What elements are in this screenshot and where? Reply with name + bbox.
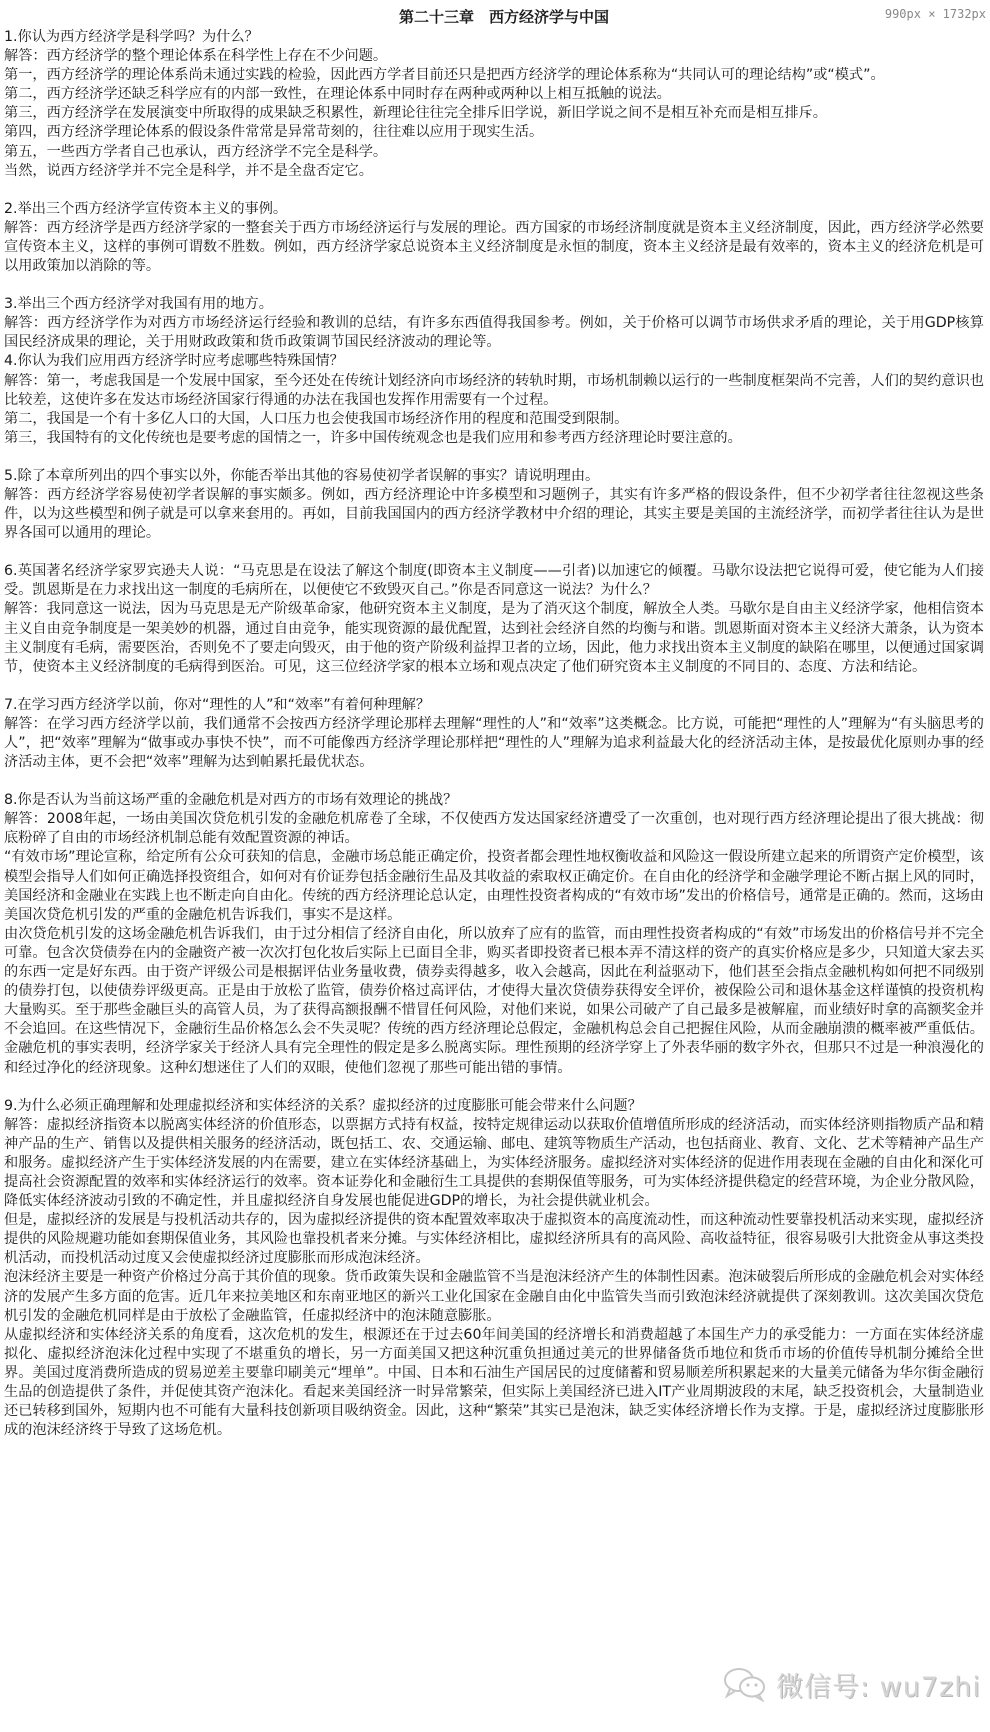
chapter-title: 第二十三章 西方经济学与中国	[4, 6, 984, 28]
answer-7: 解答：在学习西方经济学以前，我们通常不会按西方经济学理论那样去理解“理性的人”和…	[4, 715, 984, 772]
section-spacer	[4, 772, 984, 791]
section-spacer	[4, 181, 984, 200]
answer-8-paragraph-3: 由次贷危机引发的这场金融危机告诉我们，由于过分相信了经济自由化，所以放弃了应有的…	[4, 925, 984, 1078]
answer-8: 解答：2008年起，一场由美国次贷危机引发的金融危机席卷了全球，不仅使西方发达国…	[4, 810, 984, 848]
wechat-icon	[722, 1666, 768, 1702]
wechat-watermark: 微信号: wu7zhi	[722, 1664, 981, 1704]
watermark-text: 微信号: wu7zhi	[776, 1665, 981, 1704]
question-9: 9.为什么必须正确理解和处理虚拟经济和实体经济的关系？虚拟经济的过度膨胀可能会带…	[4, 1097, 984, 1116]
section-spacer	[4, 1078, 984, 1097]
answer-1-paragraph-3: 第二，西方经济学还缺乏科学应有的内部一致性，在理论体系中同时存在两种或两种以上相…	[4, 85, 984, 104]
answer-1: 解答：西方经济学的整个理论体系在科学性上存在不少问题。	[4, 47, 984, 66]
question-4: 4.你认为我们应用西方经济学时应考虑哪些特殊国情？	[4, 352, 984, 371]
qa-sections: 1.你认为西方经济学是科学吗？为什么？解答：西方经济学的整个理论体系在科学性上存…	[4, 28, 984, 1440]
answer-1-paragraph-7: 当然，说西方经济学并不完全是科学，并不是全盘否定它。	[4, 162, 984, 181]
section-spacer	[4, 276, 984, 295]
question-2: 2.举出三个西方经济学宣传资本主义的事例。	[4, 200, 984, 219]
answer-1-paragraph-6: 第五，一些西方学者自己也承认，西方经济学不完全是科学。	[4, 143, 984, 162]
answer-8-paragraph-2: “有效市场”理论宣称，给定所有公众可获知的信息，金融市场总能正确定价，投资者都会…	[4, 848, 984, 924]
section-spacer	[4, 543, 984, 562]
answer-9: 解答：虚拟经济指资本以脱离实体经济的价值形态，以票据方式持有权益，按特定规律运动…	[4, 1116, 984, 1211]
section-spacer	[4, 677, 984, 696]
answer-4: 解答：第一，考虑我国是一个发展中国家，至今还处在传统计划经济向市场经济的转轨时期…	[4, 372, 984, 410]
answer-5: 解答：西方经济学容易使初学者误解的事实颇多。例如，西方经济理论中许多模型和习题例…	[4, 486, 984, 543]
question-7: 7.在学习西方经济学以前，你对“理性的人”和“效率”有着何种理解？	[4, 696, 984, 715]
question-6: 6.英国著名经济学家罗宾逊夫人说：“马克思是在设法了解这个制度(即资本主义制度—…	[4, 562, 984, 600]
question-5: 5.除了本章所列出的四个事实以外，你能否举出其他的容易使初学者误解的事实？请说明…	[4, 467, 984, 486]
answer-2: 解答：西方经济学是西方经济学家的一整套关于西方市场经济运行与发展的理论。西方国家…	[4, 219, 984, 276]
answer-4-paragraph-3: 第三，我国特有的文化传统也是要考虑的国情之一，许多中国传统观念也是我们应用和参考…	[4, 429, 984, 448]
answer-3: 解答：西方经济学作为对西方市场经济运行经验和教训的总结，有许多东西值得我国参考。…	[4, 314, 984, 352]
question-8: 8.你是否认为当前这场严重的金融危机是对西方的市场有效理论的挑战？	[4, 791, 984, 810]
answer-4-paragraph-2: 第二，我国是一个有十多亿人口的大国，人口压力也会使我国市场经济作用的程度和范围受…	[4, 410, 984, 429]
answer-9-paragraph-3: 泡沫经济主要是一种资产价格过分高于其价值的现象。货币政策失误和金融监管不当是泡沫…	[4, 1268, 984, 1325]
answer-1-paragraph-2: 第一，西方经济学的理论体系尚未通过实践的检验，因此西方学者目前还只是把西方经济学…	[4, 66, 984, 85]
document-page: 第二十三章 西方经济学与中国 1.你认为西方经济学是科学吗？为什么？解答：西方经…	[4, 6, 984, 1440]
section-spacer	[4, 448, 984, 467]
answer-6: 解答：我同意这一说法，因为马克思是无产阶级革命家，他研究资本主义制度，是为了消灭…	[4, 600, 984, 676]
question-3: 3.举出三个西方经济学对我国有用的地方。	[4, 295, 984, 314]
answer-9-paragraph-4: 从虚拟经济和实体经济关系的角度看，这次危机的发生，根源还在于过去60年间美国的经…	[4, 1326, 984, 1441]
answer-1-paragraph-4: 第三，西方经济学在发展演变中所取得的成果缺乏积累性，新理论往往完全排斥旧学说，新…	[4, 104, 984, 123]
answer-1-paragraph-5: 第四，西方经济学理论体系的假设条件常常是异常苛刻的，往往难以应用于现实生活。	[4, 123, 984, 142]
answer-9-paragraph-2: 但是，虚拟经济的发展是与投机活动共存的，因为虚拟经济提供的资本配置效率取决于虚拟…	[4, 1211, 984, 1268]
question-1: 1.你认为西方经济学是科学吗？为什么？	[4, 28, 984, 47]
